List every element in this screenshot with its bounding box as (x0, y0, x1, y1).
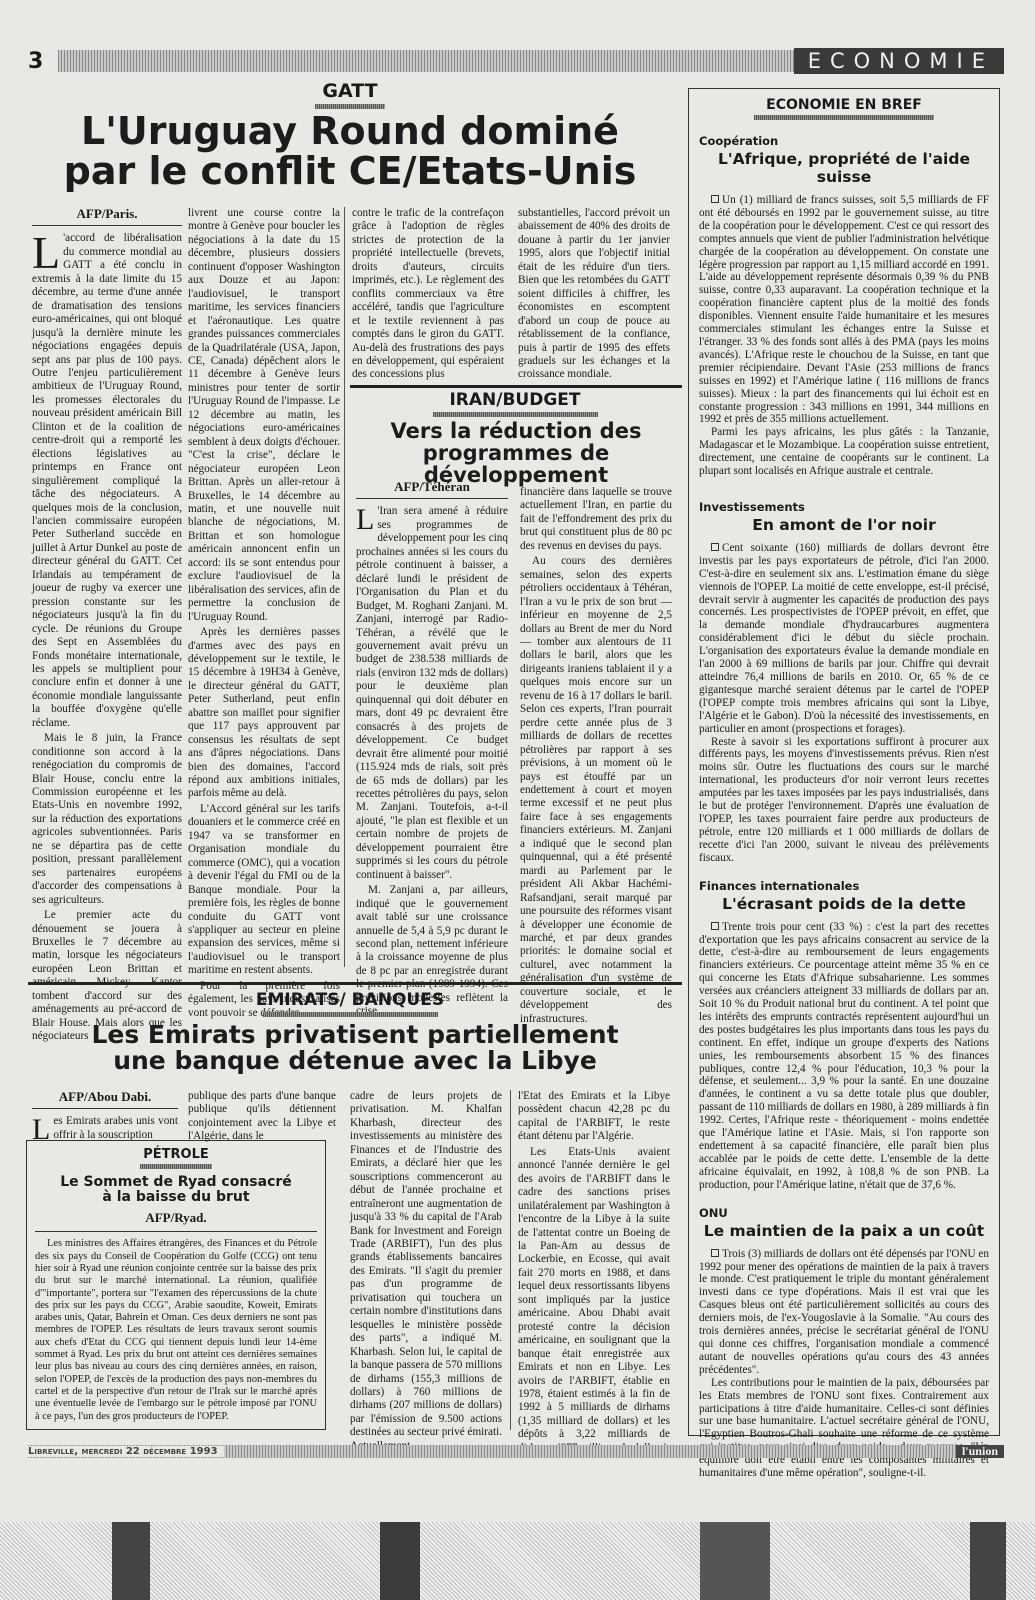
brief-title: ECONOMIE EN BREF (699, 97, 989, 113)
masthead-hatch-bar (58, 50, 794, 72)
brief-headline: En amont de l'or noir (699, 516, 989, 534)
section-title: ECONOMIE (794, 48, 1004, 74)
dropcap: L (356, 507, 377, 533)
brief-item-onu: ONU Le maintien de la paix a un coût Tro… (699, 1206, 989, 1480)
gatt-column-1: AFP/Paris. L'accord de libéralisation du… (32, 207, 182, 1046)
iran-top-rule (350, 385, 682, 388)
emirats-kicker-block: EMIRATS/ BANQUES (220, 990, 480, 1017)
gatt-headline-line-2: par le conflit CE/Etats-Unis (60, 152, 640, 192)
column-divider (344, 207, 345, 967)
emirats-top-rule (28, 982, 682, 985)
column-divider (510, 1090, 511, 1430)
kicker-underline (754, 115, 934, 120)
masthead: 3 ECONOMIE (28, 48, 1004, 74)
iran-kicker-block: IRAN/BUDGET (420, 390, 610, 417)
petrole-kicker: PÉTROLE (35, 1147, 317, 1162)
brief-headline: L'Afrique, propriété de l'aide suisse (699, 150, 989, 186)
iran-column-2: financière dans laquelle se trouve actue… (520, 486, 672, 1028)
emirats-kicker: EMIRATS/ BANQUES (220, 990, 480, 1010)
iran-headline: Vers la réduction des programmes de déve… (350, 420, 682, 486)
iran-dateline: AFP/Téhéran (356, 480, 508, 499)
checkbox-bullet-icon (711, 922, 719, 930)
gatt-dateline: AFP/Paris. (32, 207, 182, 226)
kicker-underline (263, 1012, 438, 1017)
kicker-underline (433, 412, 598, 417)
gatt-column-3: contre le trafic de la contrefaçon grâce… (352, 207, 504, 384)
gatt-column-4: substantielles, l'accord prévoit un abai… (518, 207, 670, 384)
emirats-column-1: AFP/Abou Dabi. Les Emirats arabes unis v… (32, 1090, 178, 1144)
gatt-kicker: GATT (280, 80, 420, 102)
brief-section: Finances internationales (699, 879, 989, 893)
gatt-column-2: livrent une course contre la montre à Ge… (188, 207, 340, 1022)
brief-headline: Le maintien de la paix a un coût (699, 1222, 989, 1240)
gatt-headline: L'Uruguay Round dominé par le conflit CE… (60, 112, 640, 192)
brief-item-investissements: Investissements En amont de l'or noir Ce… (699, 500, 989, 865)
page-footer: Libreville, mercredi 22 décembre 1993 l'… (28, 1445, 1004, 1458)
scan-noise-strip (0, 1522, 1035, 1600)
brief-headline: L'écrasant poids de la dette (699, 895, 989, 913)
brief-item-finances: Finances internationales L'écrasant poid… (699, 879, 989, 1192)
checkbox-bullet-icon (711, 1249, 719, 1257)
iran-kicker: IRAN/BUDGET (420, 390, 610, 410)
petrole-headline: Le Sommet de Ryad consacré à la baisse d… (35, 1175, 317, 1204)
brief-section: ONU (699, 1206, 989, 1220)
petrole-body: Les ministres des Affaires étrangères, d… (35, 1238, 317, 1422)
petrole-dateline: AFP/Ryad. (35, 1210, 317, 1232)
kicker-underline (140, 1164, 212, 1169)
petrole-box: PÉTROLE Le Sommet de Ryad consacré à la … (26, 1140, 326, 1430)
brief-section: Coopération (699, 134, 989, 148)
emirats-headline: Les Emirats privatisent partiellement un… (60, 1022, 650, 1075)
emirats-column-4: l'Etat des Emirats et la Libye possèdent… (518, 1090, 670, 1457)
gatt-kicker-block: GATT (280, 80, 420, 109)
emirats-column-3: cadre de leurs projets de privatisation.… (350, 1090, 502, 1455)
checkbox-bullet-icon (711, 543, 719, 551)
iran-column-1: AFP/Téhéran L'Iran sera amené à réduire … (356, 480, 508, 1021)
dropcap: L (32, 234, 63, 272)
page-number: 3 (28, 49, 58, 74)
checkbox-bullet-icon (711, 195, 719, 203)
emirats-dateline: AFP/Abou Dabi. (32, 1090, 178, 1109)
gatt-headline-line-1: L'Uruguay Round dominé (60, 112, 640, 152)
brief-item-cooperation: Coopération L'Afrique, propriété de l'ai… (699, 134, 989, 478)
brief-section: Investissements (699, 500, 989, 514)
emirats-column-2: publique des parts d'une banque publique… (188, 1090, 336, 1146)
newspaper-logo: l'union (956, 1445, 1004, 1458)
economie-en-bref-box: ECONOMIE EN BREF Coopération L'Afrique, … (688, 88, 1000, 1436)
footer-date: Libreville, mercredi 22 décembre 1993 (28, 1446, 224, 1457)
